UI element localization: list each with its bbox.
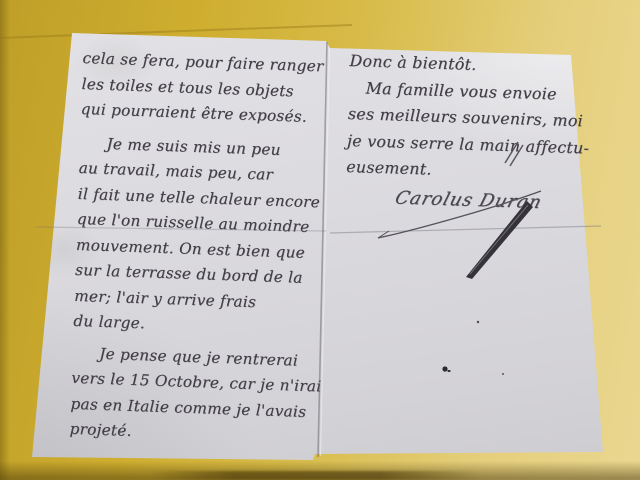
backdrop-bottom-shadow [150,471,480,480]
letter-right-page: Donc à bientôt. Ma famille vous envoie s… [345,48,610,218]
letter-left-page: cela se fera, pour faire ranger les toil… [69,46,343,451]
backdrop-crease-line [0,25,352,38]
letter-photo: cela se fera, pour faire ranger les toil… [0,0,640,480]
